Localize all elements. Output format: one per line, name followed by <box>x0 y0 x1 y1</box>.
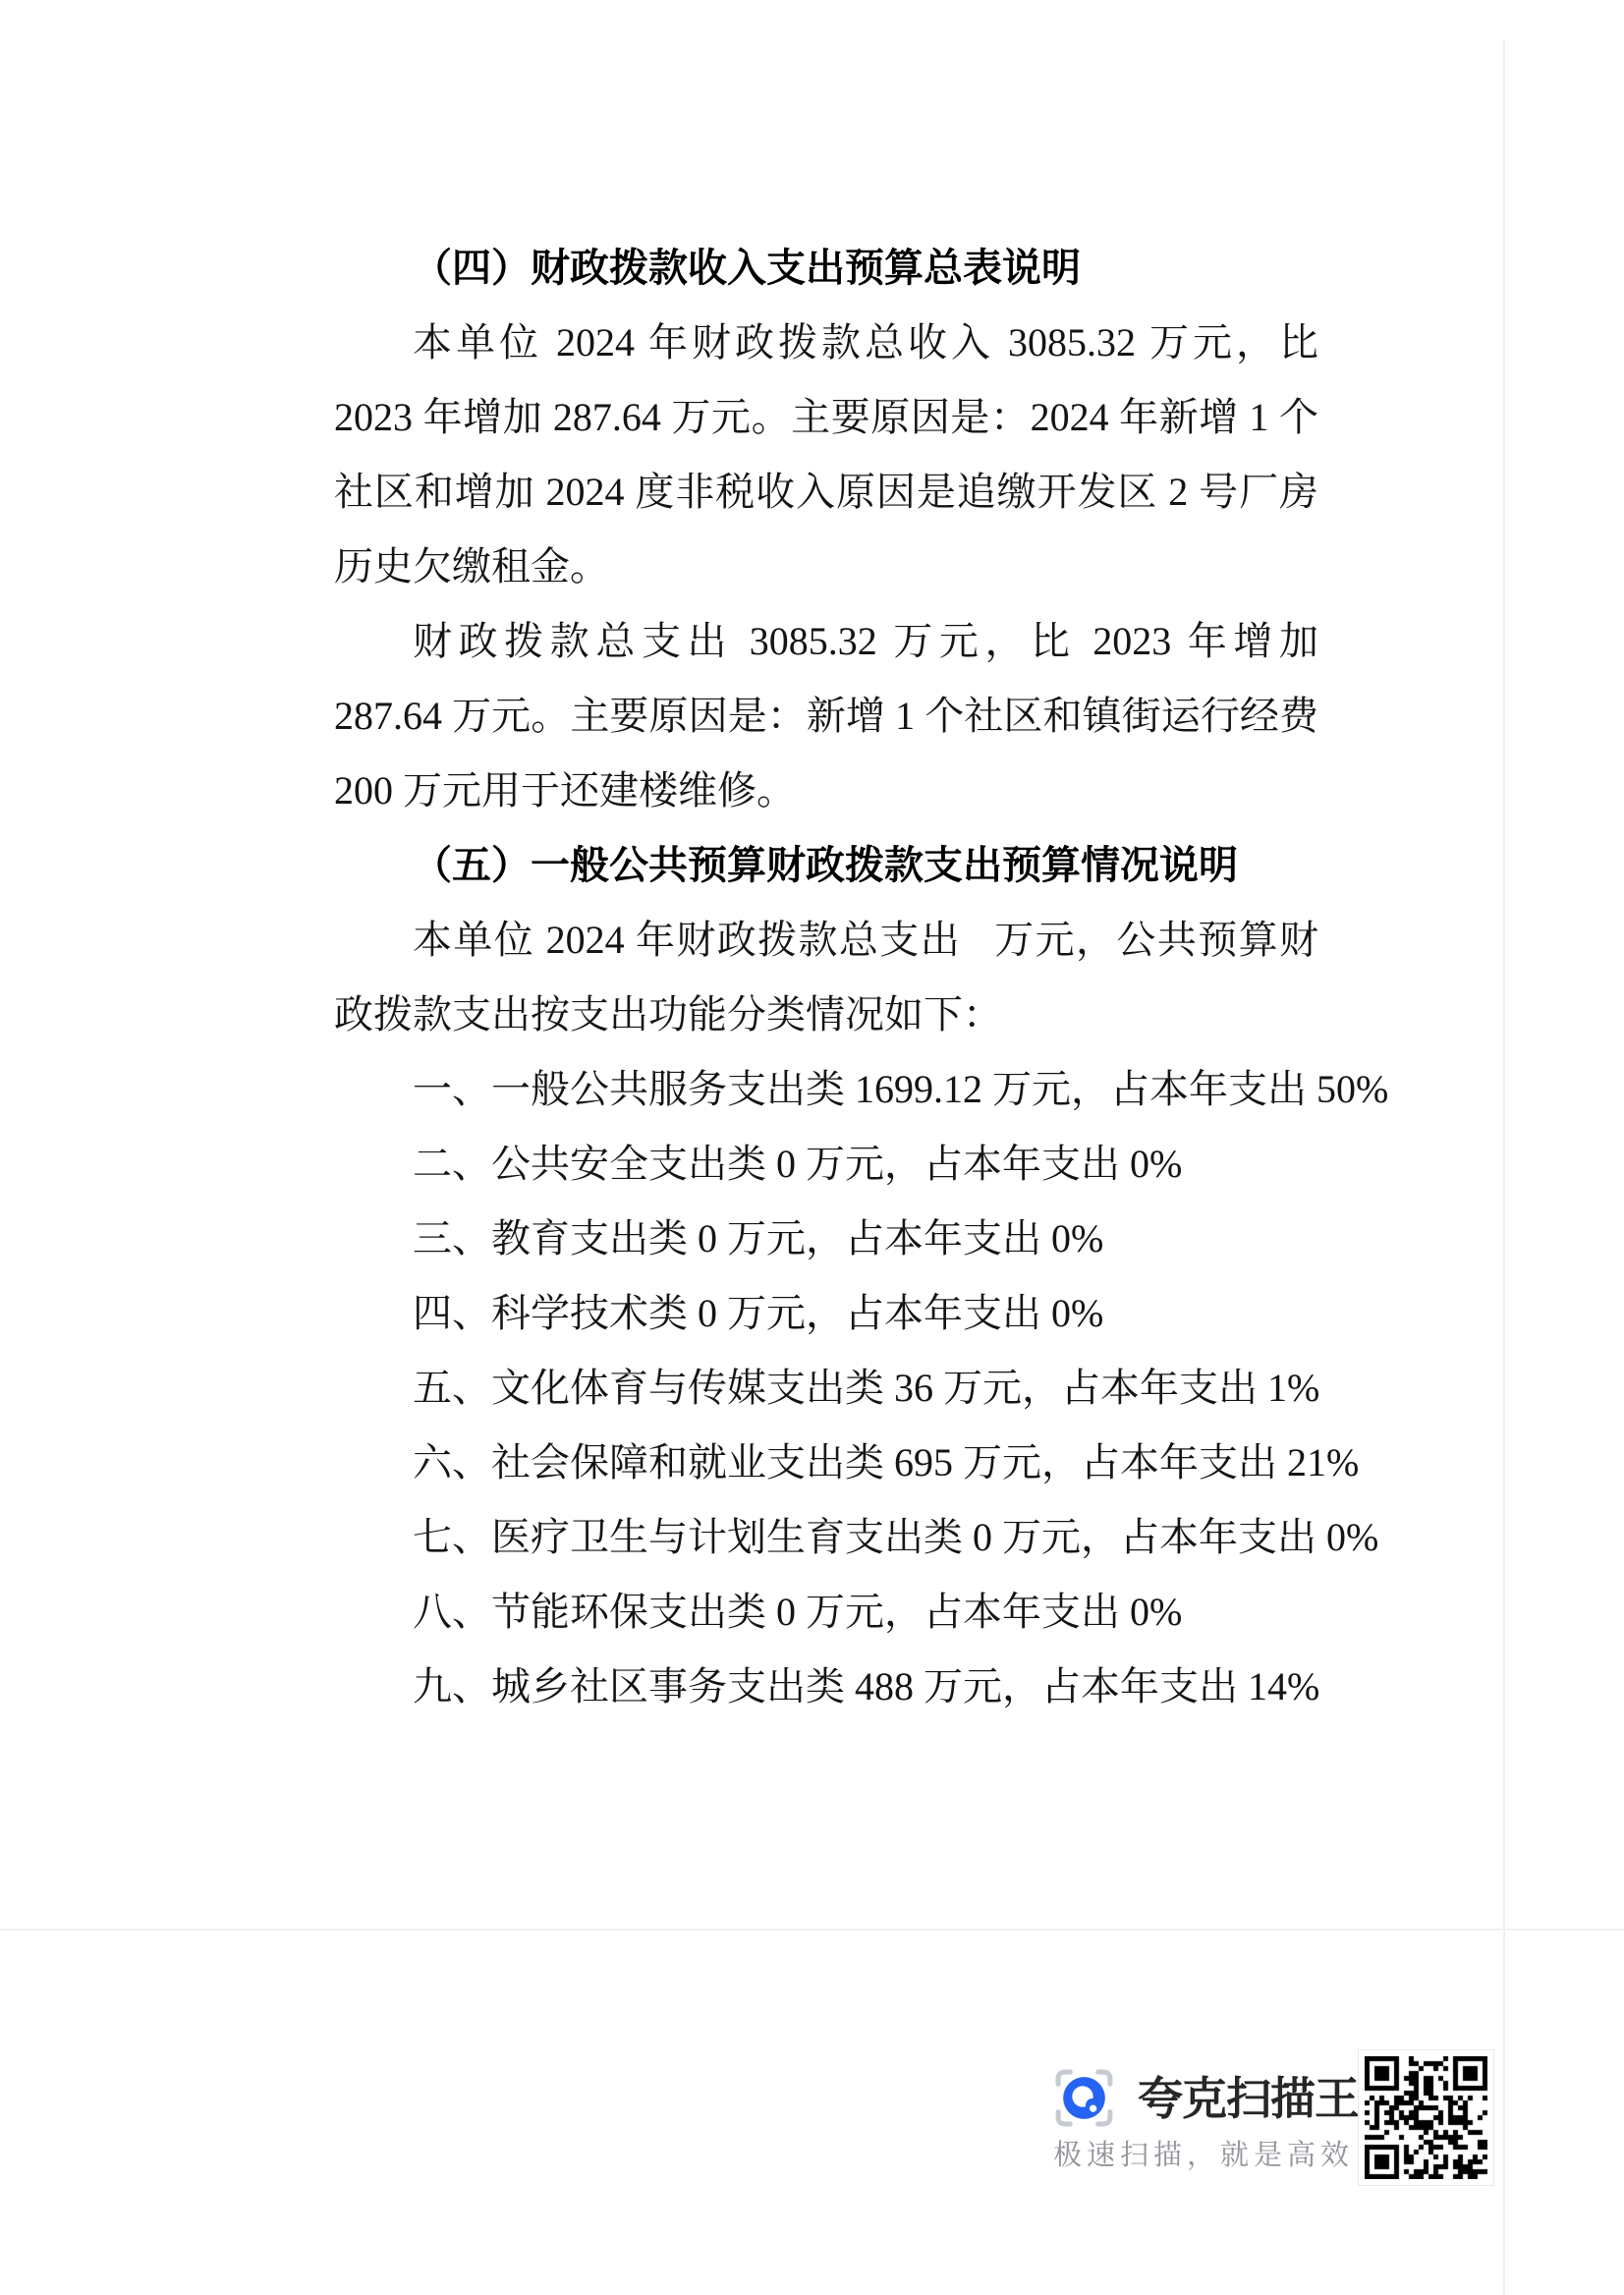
list-item-2: 二、公共安全支出类 0 万元，占本年支出 0% <box>334 1127 1318 1202</box>
list-item-3: 三、教育支出类 0 万元，占本年支出 0% <box>334 1202 1318 1276</box>
para-fiscal-income-explanation: 本单位 2024 年财政拨款总收入 3085.32 万元，比 2023 年增加 … <box>334 306 1318 604</box>
heading-section-5: （五）一般公共预算财政拨款支出预算情况说明 <box>334 828 1318 903</box>
heading-section-4: （四）财政拨款收入支出预算总表说明 <box>334 231 1318 306</box>
page-edge-artifact <box>1503 39 1505 2295</box>
list-item-5: 五、文化体育与传媒支出类 36 万元，占本年支出 1% <box>334 1351 1318 1426</box>
qr-code <box>1358 2049 1494 2186</box>
list-item-1: 一、一般公共服务支出类 1699.12 万元，占本年支出 50% <box>334 1052 1318 1127</box>
para-expenditure-classification-intro: 本单位 2024 年财政拨款总支出 万元，公共预算财政拨款支出按支出功能分类情况… <box>334 903 1318 1052</box>
page-fold-artifact <box>0 1929 1624 1931</box>
list-item-8: 八、节能环保支出类 0 万元，占本年支出 0% <box>334 1575 1318 1650</box>
list-item-9: 九、城乡社区事务支出类 488 万元，占本年支出 14% <box>334 1650 1318 1724</box>
list-item-6: 六、社会保障和就业支出类 695 万元，占本年支出 21% <box>334 1426 1318 1500</box>
para-fiscal-expenditure-explanation: 财政拨款总支出 3085.32 万元，比 2023 年增加 287.64 万元。… <box>334 604 1318 828</box>
brand-name: 夸克扫描王 <box>1138 2073 1354 2124</box>
brand-tagline: 极速扫描，就是高效 <box>1053 2140 1354 2171</box>
quark-scanner-logo-icon <box>1053 2067 1115 2129</box>
document-page: （四）财政拨款收入支出预算总表说明 本单位 2024 年财政拨款总收入 3085… <box>334 231 1318 1724</box>
list-item-4: 四、科学技术类 0 万元，占本年支出 0% <box>334 1276 1318 1351</box>
list-item-7: 七、医疗卫生与计划生育支出类 0 万元，占本年支出 0% <box>334 1500 1318 1575</box>
